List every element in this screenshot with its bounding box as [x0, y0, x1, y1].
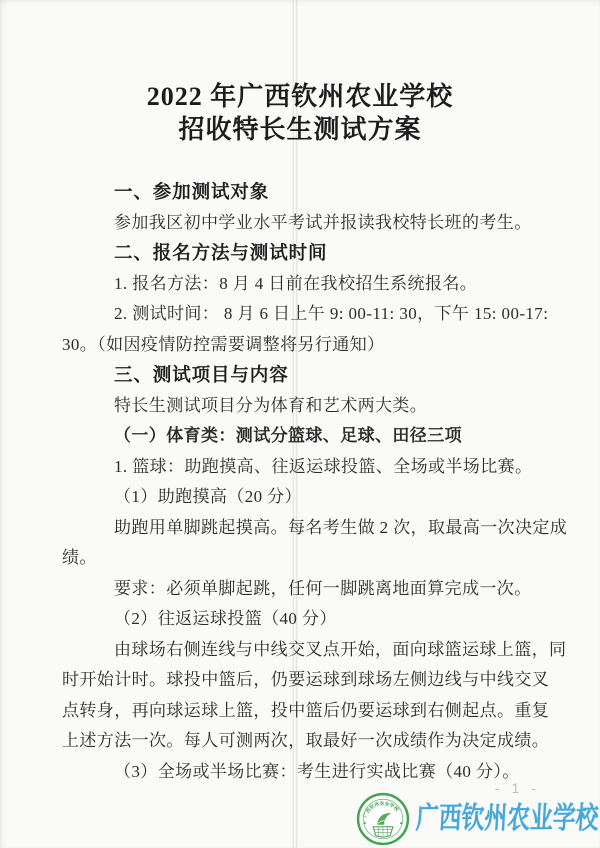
paragraph-line: 30。（如因疫情防控需要调整将另行通知）: [62, 330, 562, 361]
paragraph-line: 时开始计时。球投中篮后，仍要运球到球场左侧边线与中线交叉: [62, 665, 562, 696]
document-title: 2022 年广西钦州农业学校 招收特长生测试方案: [0, 80, 600, 146]
paragraph-line: （2）往返运球投篮（40 分）: [62, 604, 562, 635]
watermark-school-name: 广西钦州农业学校: [415, 792, 600, 846]
section-3-heading: 三、测试项目与内容: [62, 360, 562, 391]
paragraph-line: 绩。: [62, 543, 562, 574]
paragraph-line: 要求：必须单脚起跳，任何一脚跳离地面算完成一次。: [62, 574, 562, 605]
school-watermark: 广西钦州农业学校 广西钦州农业学校: [356, 792, 600, 846]
paragraph-line: 特长生测试项目分为体育和艺术两大类。: [62, 391, 562, 422]
section-2-heading: 二、报名方法与测试时间: [62, 238, 562, 269]
section-1-heading: 一、参加测试对象: [62, 177, 562, 208]
scanned-document-page: 2022 年广西钦州农业学校 招收特长生测试方案 一、参加测试对象 参加我区初中…: [0, 0, 600, 848]
paragraph-line: 1. 报名方法：8 月 4 日前在我校招生系统报名。: [62, 269, 562, 300]
paragraph-line: 点转身，再向球运球上篮，投中篮后仍要运球到右侧起点。重复: [62, 696, 562, 727]
school-logo-icon: 广西钦州农业学校: [356, 792, 410, 846]
paragraph-line: 上述方法一次。每人可测两次，取最好一次成绩作为决定成绩。: [62, 726, 562, 757]
paragraph-line: 1. 篮球：助跑摸高、往返运球投篮、全场或半场比赛。: [62, 452, 562, 483]
document-body: 一、参加测试对象 参加我区初中学业水平考试并报读我校特长班的考生。 二、报名方法…: [62, 177, 562, 787]
paragraph-line: 2. 测试时间： 8 月 6 日上午 9: 00-11: 30，下午 15: 0…: [62, 299, 562, 330]
sports-subheading: （一）体育类：测试分篮球、足球、田径三项: [62, 421, 562, 452]
paragraph-line: 参加我区初中学业水平考试并报读我校特长班的考生。: [62, 208, 562, 239]
paragraph-line: 助跑用单脚跳起摸高。每名考生做 2 次，取最高一次决定成: [62, 513, 562, 544]
document-title-line2: 招收特长生测试方案: [0, 113, 600, 146]
document-title-line1: 2022 年广西钦州农业学校: [0, 80, 600, 113]
paragraph-line: （1）助跑摸高（20 分）: [62, 482, 562, 513]
paragraph-line: （3）全场或半场比赛：考生进行实战比赛（40 分）。: [62, 757, 562, 788]
paragraph-line: 由球场右侧连线与中线交叉点开始，面向球篮运球上篮，同: [62, 635, 562, 666]
